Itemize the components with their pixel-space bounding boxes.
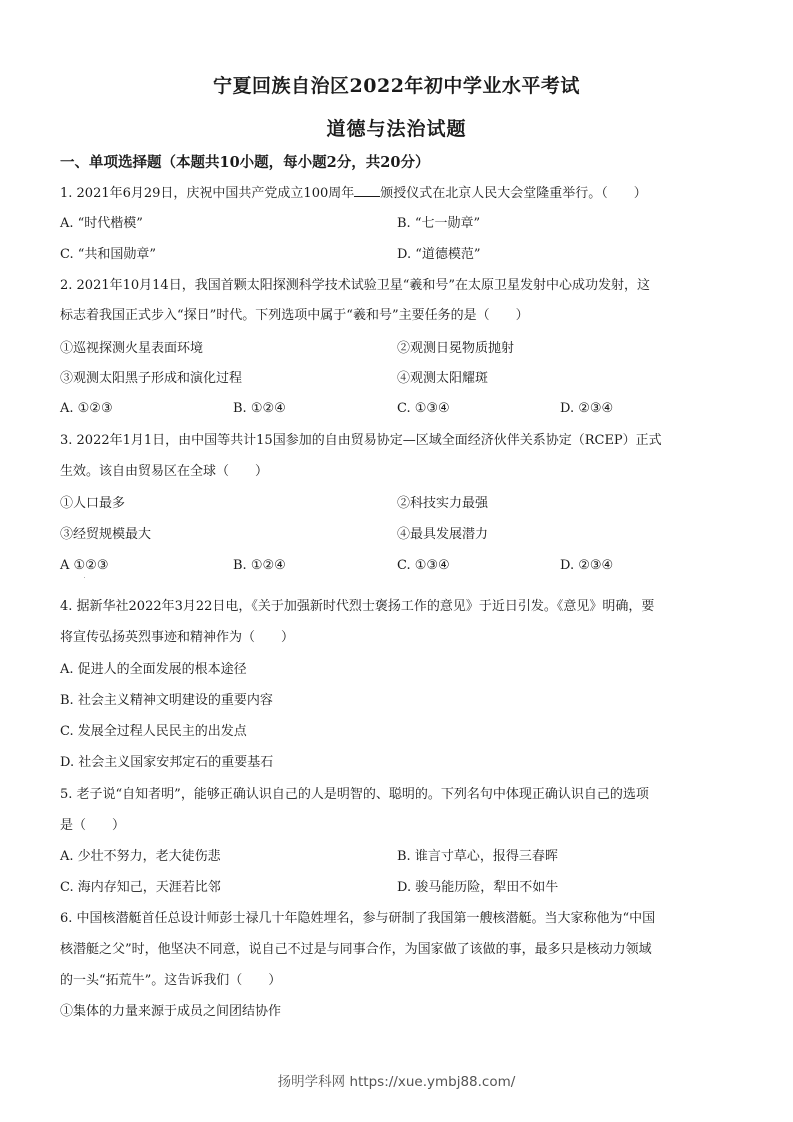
exam-subtitle: 道德与法治试题 bbox=[0, 114, 793, 141]
question-2-option-d: D. ②③④ bbox=[560, 400, 613, 418]
question-1-stem: 1. 2021年6月29日，庆祝中国共产党成立100周年颁授仪式在北京人民大会堂… bbox=[60, 184, 647, 203]
question-2-statement-3: ③观测太阳黑子形成和演化过程 bbox=[60, 370, 242, 388]
question-2-statement-4: ④观测太阳耀斑 bbox=[397, 370, 488, 388]
question-2-stem-line-1: 2. 2021年10月14日，我国首颗太阳探测科学技术试验卫星“羲和号”在太原卫… bbox=[60, 277, 650, 295]
question-5-option-c: C. 海内存知己，天涯若比邻 bbox=[60, 879, 221, 897]
question-5-stem-line-1: 5. 老子说“自知者明”，能够正确认识自己的人是明智的、聪明的。下列名句中体现正… bbox=[60, 786, 649, 804]
question-5-stem-line-2: 是（ ） bbox=[60, 817, 125, 835]
question-1-option-a: A. “时代楷模” bbox=[60, 215, 143, 233]
question-1-option-d: D. “道德模范” bbox=[397, 246, 481, 264]
question-1-option-c: C. “共和国勋章” bbox=[60, 246, 156, 264]
question-5-option-d: D. 骏马能历险，犁田不如牛 bbox=[397, 879, 558, 897]
section-heading: 一、单项选择题（本题共10小题，每小题2分，共20分） bbox=[60, 151, 429, 172]
question-2-option-b: B. ①②④ bbox=[233, 400, 286, 418]
question-4-option-d: D. 社会主义国家安邦定石的重要基石 bbox=[60, 754, 273, 772]
question-6-statement-1: ①集体的力量来源于成员之间团结协作 bbox=[60, 1003, 281, 1021]
question-3-statement-3: ③经贸规模最大 bbox=[60, 526, 151, 544]
question-2-option-a: A. ①②③ bbox=[60, 400, 113, 418]
question-3-stem-line-2: 生效。该自由贸易区在全球（ ） bbox=[60, 463, 268, 481]
question-2-statement-2: ②观测日冕物质抛射 bbox=[397, 340, 514, 358]
question-4-stem-line-2: 将宣传弘扬英烈事迹和精神作为（ ） bbox=[60, 629, 294, 647]
question-6-stem-line-1: 6. 中国核潜艇首任总设计师彭士禄几十年隐姓埋名，参与研制了我国第一艘核潜艇。当… bbox=[60, 910, 655, 928]
question-4-option-c: C. 发展全过程人民民主的出发点 bbox=[60, 723, 247, 741]
fill-blank bbox=[354, 184, 380, 197]
question-3-statement-4: ④最具发展潜力 bbox=[397, 526, 488, 544]
question-2-statement-1: ①巡视探测火星表面环境 bbox=[60, 340, 203, 358]
question-5-option-b: B. 谁言寸草心，报得三春晖 bbox=[397, 848, 558, 866]
question-1-option-b: B. “七一勋章” bbox=[397, 215, 480, 233]
question-4-option-b: B. 社会主义精神文明建设的重要内容 bbox=[60, 692, 273, 710]
question-3-option-c: C. ①③④ bbox=[397, 557, 450, 575]
question-6-stem-line-3: 的一头“拓荒牛”。这告诉我们（ ） bbox=[60, 972, 281, 990]
question-3-statement-1: ①人口最多 bbox=[60, 495, 125, 513]
scan-artifact-dot bbox=[84, 577, 85, 578]
question-2-stem-line-2: 标志着我国正式步入“探日”时代。下列选项中属于“羲和号”主要任务的是（ ） bbox=[60, 307, 529, 325]
question-3-option-b: B. ①②④ bbox=[233, 557, 286, 575]
question-6-stem-line-2: 核潜艇之父”时，他坚决不同意，说自己不过是与同事合作，为国家做了该做的事，最多只… bbox=[60, 941, 652, 959]
question-4-stem-line-1: 4. 据新华社2022年3月22日电，《关于加强新时代烈士褒扬工作的意见》于近日… bbox=[60, 598, 654, 616]
question-3-option-a: A ①②③ bbox=[60, 557, 108, 575]
question-3-option-d: D. ②③④ bbox=[560, 557, 613, 575]
watermark-footer: 扬明学科网 https://xue.ymbj88.com/ bbox=[0, 1070, 793, 1090]
question-5-option-a: A. 少壮不努力，老大徒伤悲 bbox=[60, 848, 221, 866]
exam-title: 宁夏回族自治区2022年初中学业水平考试 bbox=[0, 71, 793, 98]
question-2-option-c: C. ①③④ bbox=[397, 400, 450, 418]
exam-page: 宁夏回族自治区2022年初中学业水平考试 道德与法治试题 一、单项选择题（本题共… bbox=[0, 0, 793, 1122]
question-3-statement-2: ②科技实力最强 bbox=[397, 495, 488, 513]
question-4-option-a: A. 促进人的全面发展的根本途径 bbox=[60, 661, 247, 679]
question-3-stem-line-1: 3. 2022年1月1日，由中国等共计15国参加的自由贸易协定—区域全面经济伙伴… bbox=[60, 432, 662, 450]
